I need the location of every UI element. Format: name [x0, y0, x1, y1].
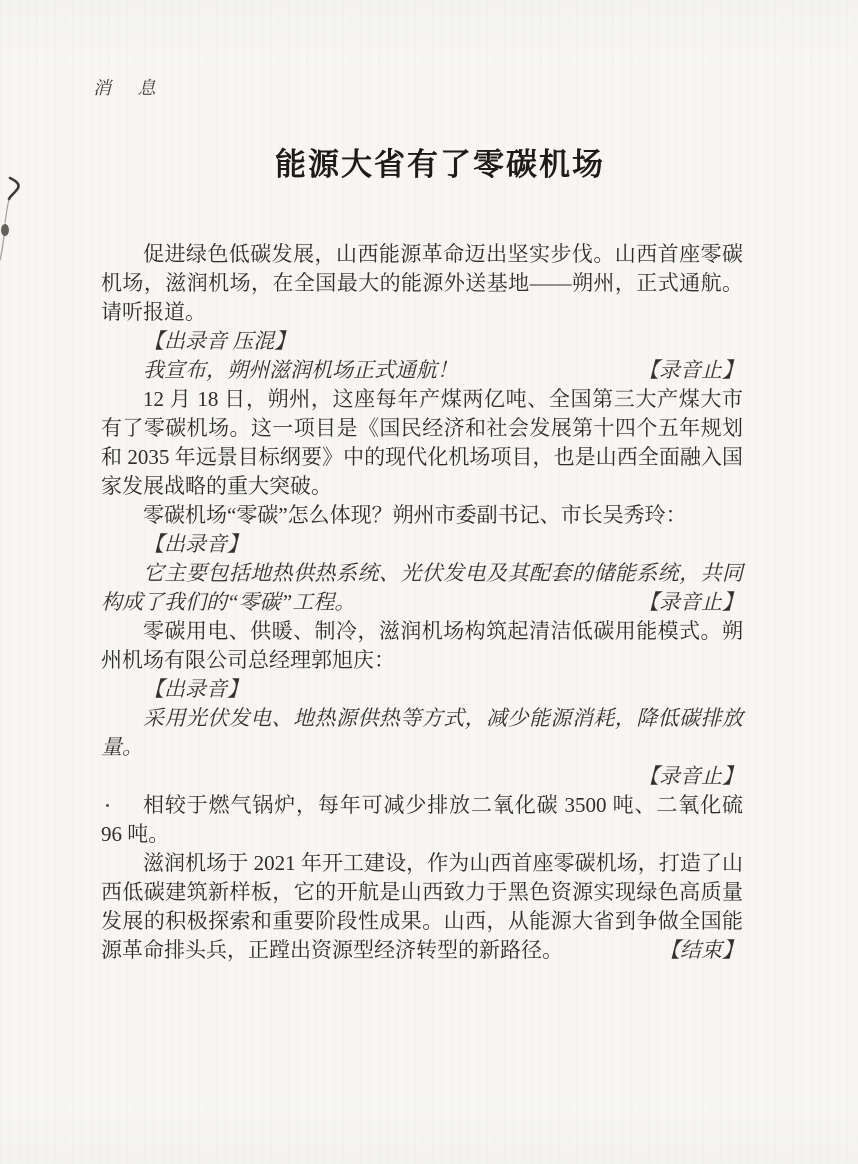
closing-paragraph-block: 滋润机场于 2021 年开工建设，作为山西首座零碳机场，打造了山西低碳建筑新样板… [101, 849, 743, 965]
paragraph-question: 零碳机场“零碳”怎么体现？朔州市委副书记、市长吴秀玲： [101, 501, 743, 530]
end-marker: 【结束】 [659, 936, 743, 965]
paragraph-intro: 促进绿色低碳发展，山西能源革命迈出坚实步伐。山西首座零碳机场，滋润机场，在全国最… [101, 240, 743, 327]
cue-marker-start-1: 【出录音 压混】 [101, 327, 743, 356]
page-title: 能源大省有了零碳机场 [60, 139, 820, 184]
quote-block-1: 我宣布，朔州滋润机场正式通航！ 【录音止】 [101, 356, 743, 385]
doc-type-label: 消 息 [93, 74, 167, 100]
quote-block-2: 它主要包括地热供热系统、光伏发电及其配套的储能系统，共同构成了我们的“零碳”工程… [101, 559, 743, 617]
paragraph-project: 12 月 18 日，朔州，这座每年产煤两亿吨、全国第三大产煤大市有了零碳机场。这… [101, 385, 743, 501]
document-body: 促进绿色低碳发展，山西能源革命迈出坚实步伐。山西首座零碳机场，滋润机场，在全国最… [101, 240, 743, 965]
paragraph-closing: 滋润机场于 2021 年开工建设，作为山西首座零碳机场，打造了山西低碳建筑新样板… [101, 849, 743, 965]
scanned-document-page: 消 息 能源大省有了零碳机场 促进绿色低碳发展，山西能源革命迈出坚实步伐。山西首… [0, 0, 858, 1164]
pen-ink-mark [0, 168, 50, 263]
quote-text-3: 采用光伏发电、地热源供热等方式，减少能源消耗，降低碳排放量。 [101, 704, 743, 762]
cue-marker-stop-1: 【录音止】 [638, 356, 743, 385]
cue-marker-stop-3: 【录音止】 [101, 762, 743, 791]
cue-marker-stop-2: 【录音止】 [638, 588, 743, 617]
cue-marker-start-3: 【出录音】 [101, 675, 743, 704]
paragraph-energy-mode: 零碳用电、供暖、制冷，滋润机场构筑起清洁低碳用能模式。朔州机场有限公司总经理郭旭… [101, 617, 743, 675]
paragraph-emissions: 相较于燃气锅炉，每年可减少排放二氧化碳 3500 吨、二氧化硫 96 吨。 [101, 791, 743, 849]
cue-marker-start-2: 【出录音】 [101, 530, 743, 559]
stray-ink-dot [106, 804, 109, 807]
